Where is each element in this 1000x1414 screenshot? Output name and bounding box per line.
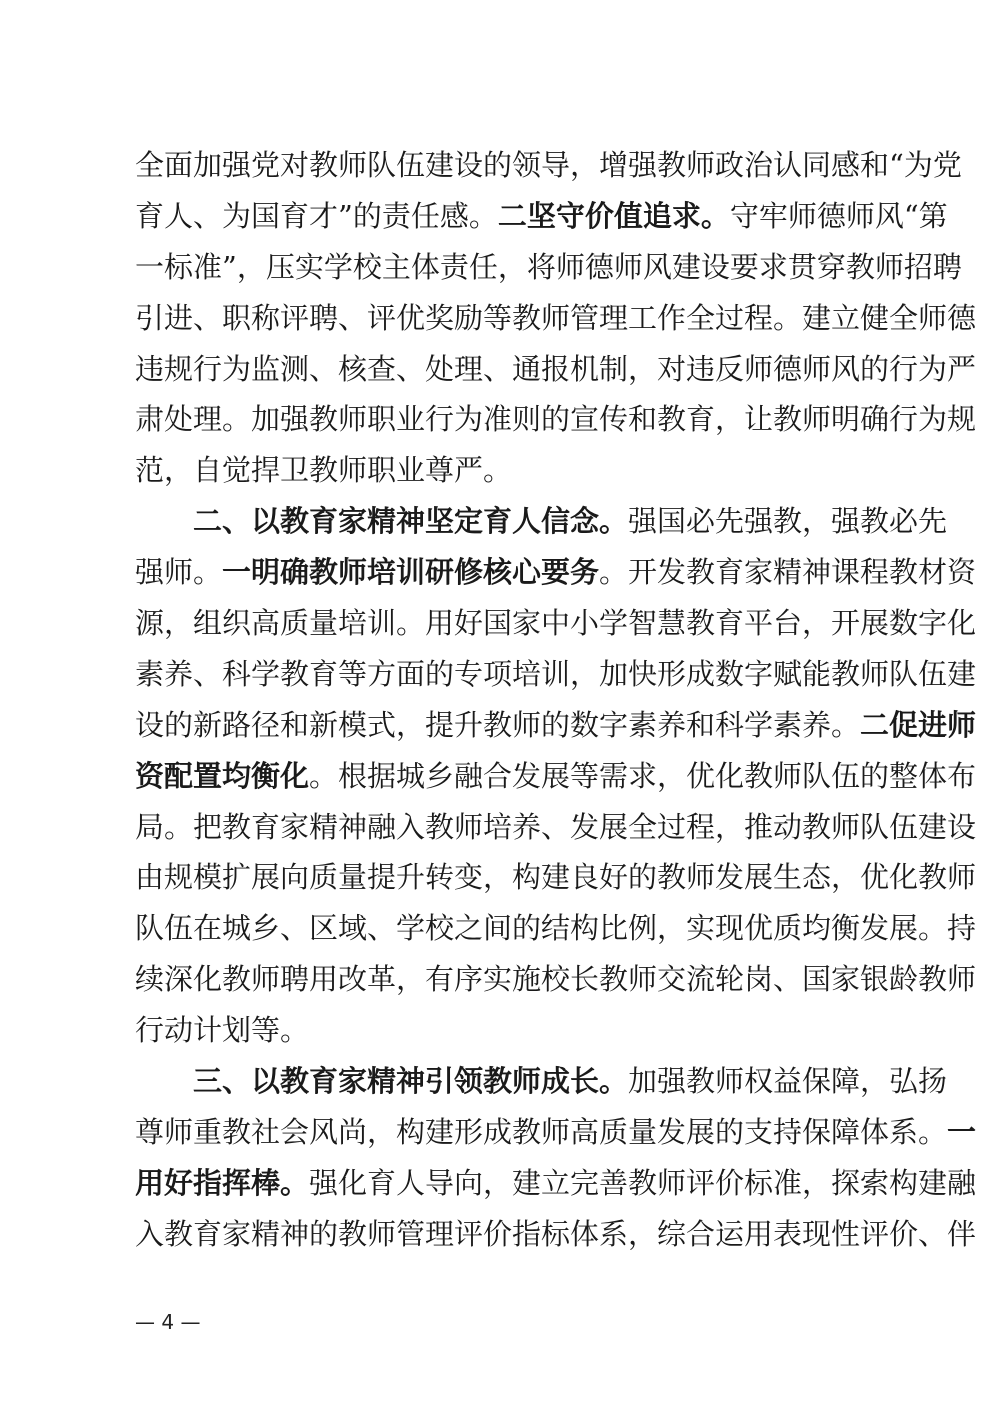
text-line: 局。把教育家精神融入教师培养、发展全过程，推动教师队伍建设	[135, 802, 867, 853]
text-line: 违规行为监测、核查、处理、通报机制，对违反师德师风的行为严	[135, 344, 867, 395]
text-line: 素养、科学教育等方面的专项培训，加快形成数字赋能教师队伍建	[135, 649, 867, 700]
text-segment: 强师。	[135, 555, 222, 589]
text-segment: 。开发教育家精神课程教材资	[599, 555, 976, 589]
text-segment: 强国必先强教，强教必先	[628, 504, 947, 538]
text-segment: 引进、职称评聘、评优奖励等教师管理工作全过程。建立健全师德	[135, 301, 976, 335]
text-segment: 。根据城乡融合发展等需求，优化教师队伍的整体布	[309, 759, 976, 793]
text-segment: 行动计划等。	[135, 1013, 309, 1047]
text-line: 全面加强党对教师队伍建设的领导，增强教师政治认同感和“为党	[135, 140, 867, 191]
text-segment: 守牢师德师风“第	[730, 199, 948, 233]
text-segment: 续深化教师聘用改革，有序实施校长教师交流轮岗、国家银龄教师	[135, 962, 976, 996]
text-line: 续深化教师聘用改革，有序实施校长教师交流轮岗、国家银龄教师	[135, 954, 867, 1005]
bold-text: 二、以教育家精神坚定育人信念。	[193, 504, 628, 538]
text-segment: 源，组织高质量培训。用好国家中小学智慧教育平台，开展数字化	[135, 606, 976, 640]
text-segment: 由规模扩展向质量提升转变，构建良好的教师发展生态，优化教师	[135, 860, 976, 894]
text-line: 行动计划等。	[135, 1005, 867, 1056]
text-line: 育人、为国育才”的责任感。二坚守价值追求。守牢师德师风“第	[135, 191, 867, 242]
page-number: — 4 —	[135, 1310, 200, 1334]
bold-text: 二坚守价值追求。	[498, 199, 730, 233]
text-line: 引进、职称评聘、评优奖励等教师管理工作全过程。建立健全师德	[135, 293, 867, 344]
text-segment: 素养、科学教育等方面的专项培训，加快形成数字赋能教师队伍建	[135, 657, 976, 691]
bold-text: 三、以教育家精神引领教师成长。	[193, 1064, 628, 1098]
text-segment: 违规行为监测、核查、处理、通报机制，对违反师德师风的行为严	[135, 352, 976, 386]
text-line: 强师。一明确教师培训研修核心要务。开发教育家精神课程教材资	[135, 547, 867, 598]
text-segment: 队伍在城乡、区域、学校之间的结构比例，实现优质均衡发展。持	[135, 911, 976, 945]
text-line: 用好指挥棒。强化育人导向，建立完善教师评价标准，探索构建融	[135, 1158, 867, 1209]
text-line: 范，自觉捍卫教师职业尊严。	[135, 445, 867, 496]
text-segment: 范，自觉捍卫教师职业尊严。	[135, 453, 512, 487]
text-line: 资配置均衡化。根据城乡融合发展等需求，优化教师队伍的整体布	[135, 751, 867, 802]
document-page: 全面加强党对教师队伍建设的领导，增强教师政治认同感和“为党育人、为国育才”的责任…	[0, 0, 1000, 1414]
bold-text: 一	[947, 1115, 976, 1149]
body-text: 全面加强党对教师队伍建设的领导，增强教师政治认同感和“为党育人、为国育才”的责任…	[135, 140, 867, 1260]
text-line: 一标准”，压实学校主体责任，将师德师风建设要求贯穿教师招聘	[135, 242, 867, 293]
text-line: 由规模扩展向质量提升转变，构建良好的教师发展生态，优化教师	[135, 852, 867, 903]
text-segment: 强化育人导向，建立完善教师评价标准，探索构建融	[309, 1166, 976, 1200]
text-line: 队伍在城乡、区域、学校之间的结构比例，实现优质均衡发展。持	[135, 903, 867, 954]
paragraph-heading-line: 二、以教育家精神坚定育人信念。强国必先强教，强教必先	[135, 496, 867, 547]
text-line: 入教育家精神的教师管理评价指标体系，综合运用表现性评价、伴	[135, 1209, 867, 1260]
bold-text: 一明确教师培训研修核心要务	[222, 555, 599, 589]
text-segment: 加强教师权益保障，弘扬	[628, 1064, 947, 1098]
text-line: 设的新路径和新模式，提升教师的数字素养和科学素养。二促进师	[135, 700, 867, 751]
text-line: 尊师重教社会风尚，构建形成教师高质量发展的支持保障体系。一	[135, 1107, 867, 1158]
text-segment: 设的新路径和新模式，提升教师的数字素养和科学素养。	[135, 708, 860, 742]
text-segment: 尊师重教社会风尚，构建形成教师高质量发展的支持保障体系。	[135, 1115, 947, 1149]
text-line: 肃处理。加强教师职业行为准则的宣传和教育，让教师明确行为规	[135, 394, 867, 445]
bold-text: 资配置均衡化	[135, 759, 309, 793]
bold-text: 二促进师	[860, 708, 976, 742]
text-segment: 一标准”，压实学校主体责任，将师德师风建设要求贯穿教师招聘	[135, 250, 962, 284]
text-segment: 局。把教育家精神融入教师培养、发展全过程，推动教师队伍建设	[135, 810, 976, 844]
text-segment: 全面加强党对教师队伍建设的领导，增强教师政治认同感和“为党	[135, 148, 962, 182]
text-segment: 育人、为国育才”的责任感。	[135, 199, 498, 233]
text-line: 源，组织高质量培训。用好国家中小学智慧教育平台，开展数字化	[135, 598, 867, 649]
text-segment: 肃处理。加强教师职业行为准则的宣传和教育，让教师明确行为规	[135, 402, 976, 436]
paragraph-heading-line: 三、以教育家精神引领教师成长。加强教师权益保障，弘扬	[135, 1056, 867, 1107]
text-segment: 入教育家精神的教师管理评价指标体系，综合运用表现性评价、伴	[135, 1217, 976, 1251]
bold-text: 用好指挥棒。	[135, 1166, 309, 1200]
